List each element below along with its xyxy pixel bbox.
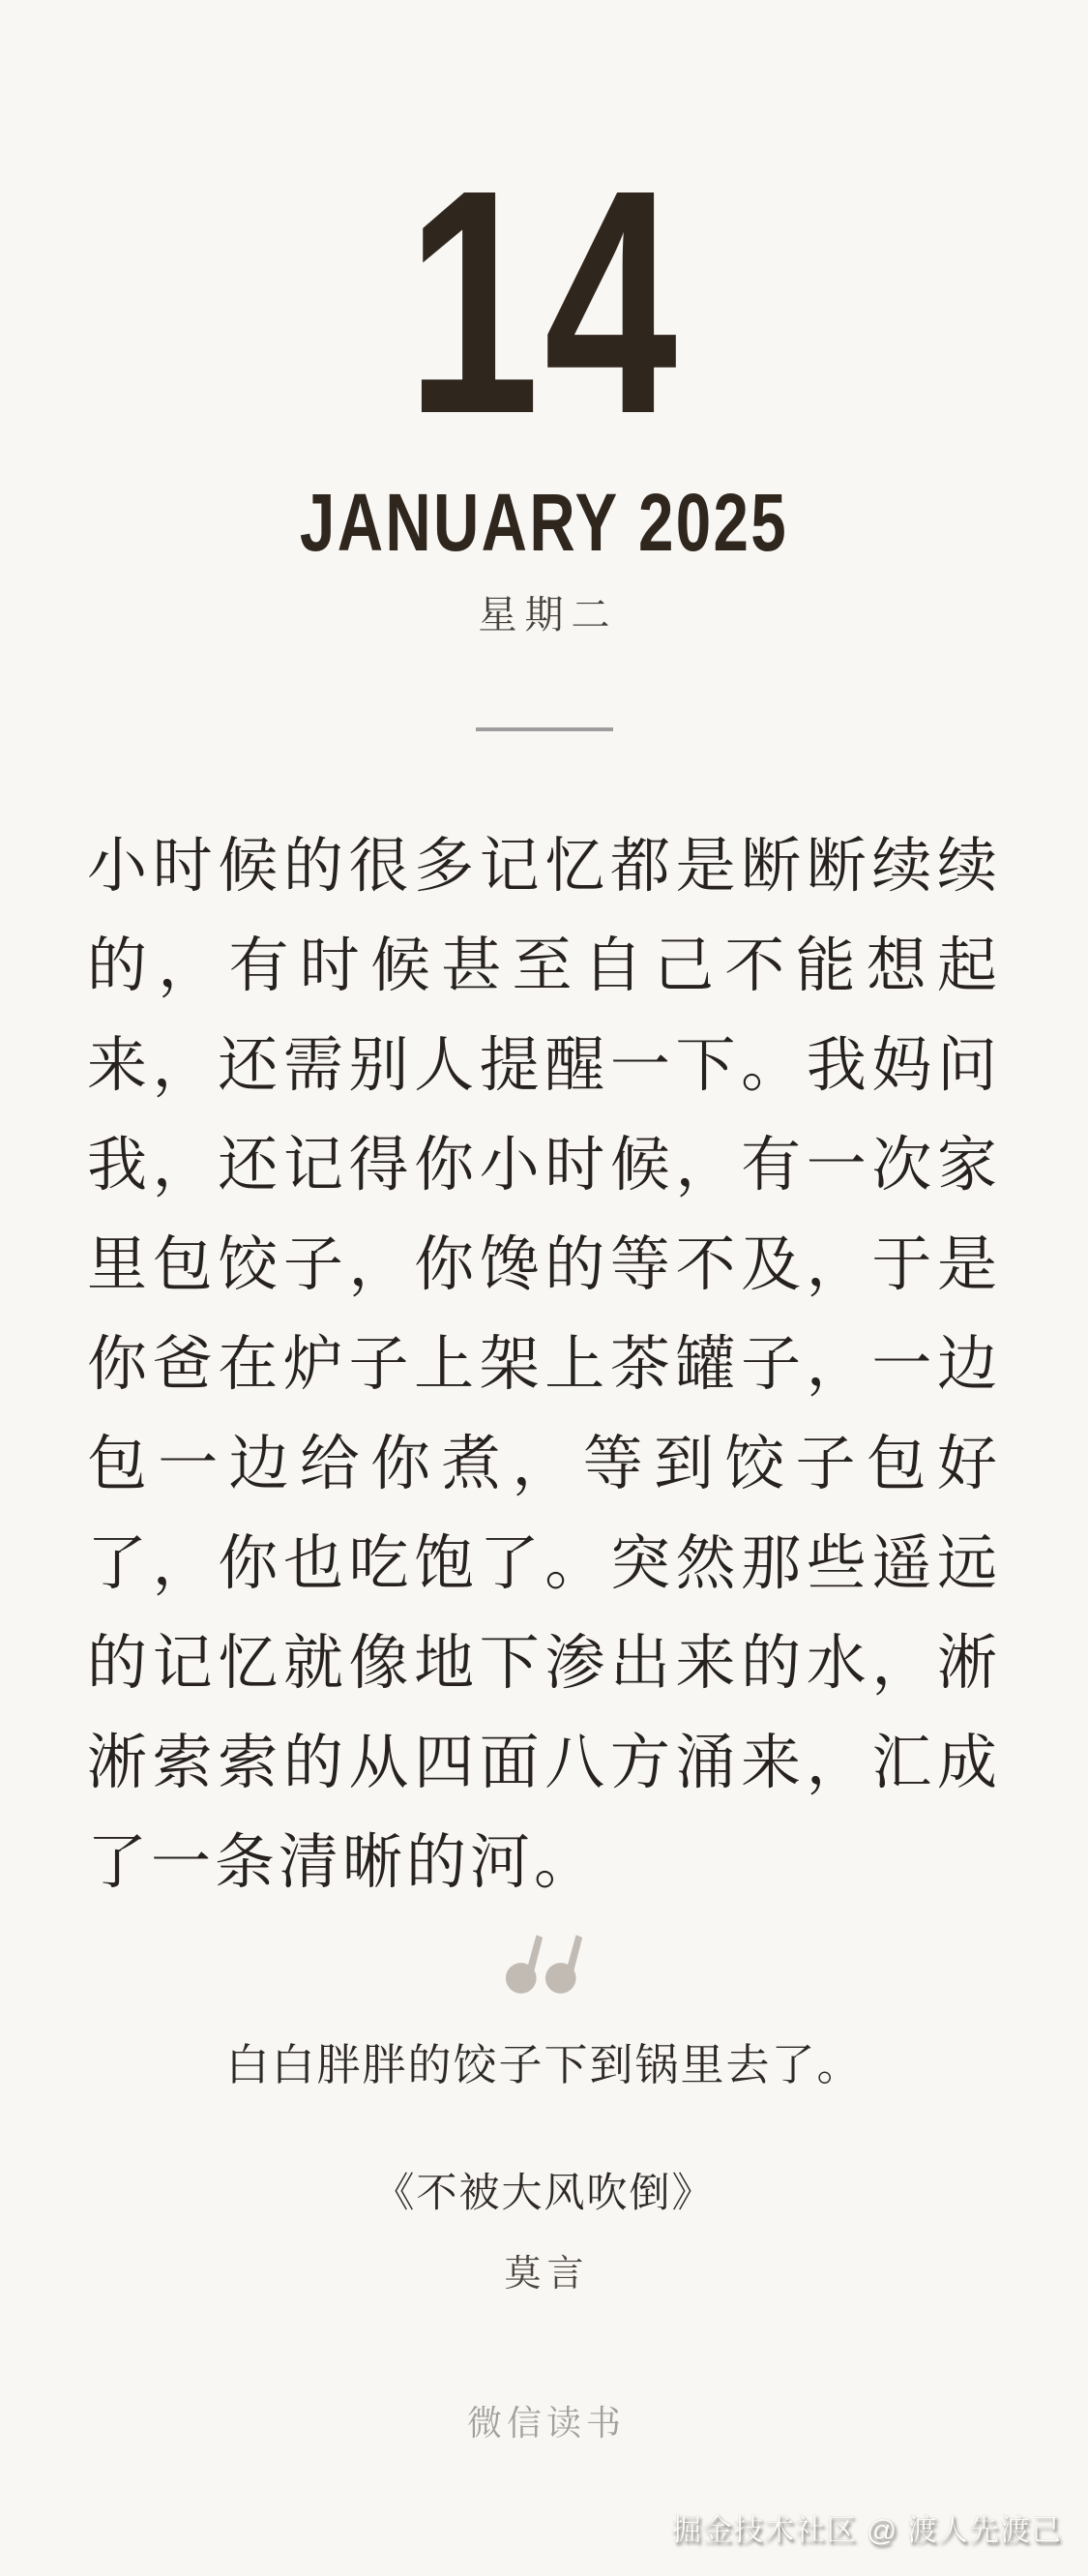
month-year: JANUARY 2025 [120, 482, 969, 563]
author-name: 莫言 [0, 2250, 1088, 2298]
book-title: 《不被大风吹倒》 [0, 2167, 1088, 2221]
watermark: 掘金技术社区 @ 渡人先渡己 [671, 2511, 1062, 2550]
opening-double-quote-icon [505, 1933, 584, 1997]
brand-name: 微信读书 [0, 2401, 1088, 2445]
highlight-sentence: 白白胖胖的饺子下到锅里去了。 [0, 2035, 1088, 2095]
header-divider [476, 727, 613, 731]
weekday-label: 星期二 [0, 592, 1088, 638]
day-number: 14 [136, 142, 953, 461]
quote-paragraph: 小时候的很多记忆都是断断续续的，有时候甚至自己不能想起来，还需别人提醒一下。我妈… [87, 817, 1001, 1913]
daily-calendar-card: 14 JANUARY 2025 星期二 小时候的很多记忆都是断断续续的，有时候甚… [0, 0, 1088, 2576]
